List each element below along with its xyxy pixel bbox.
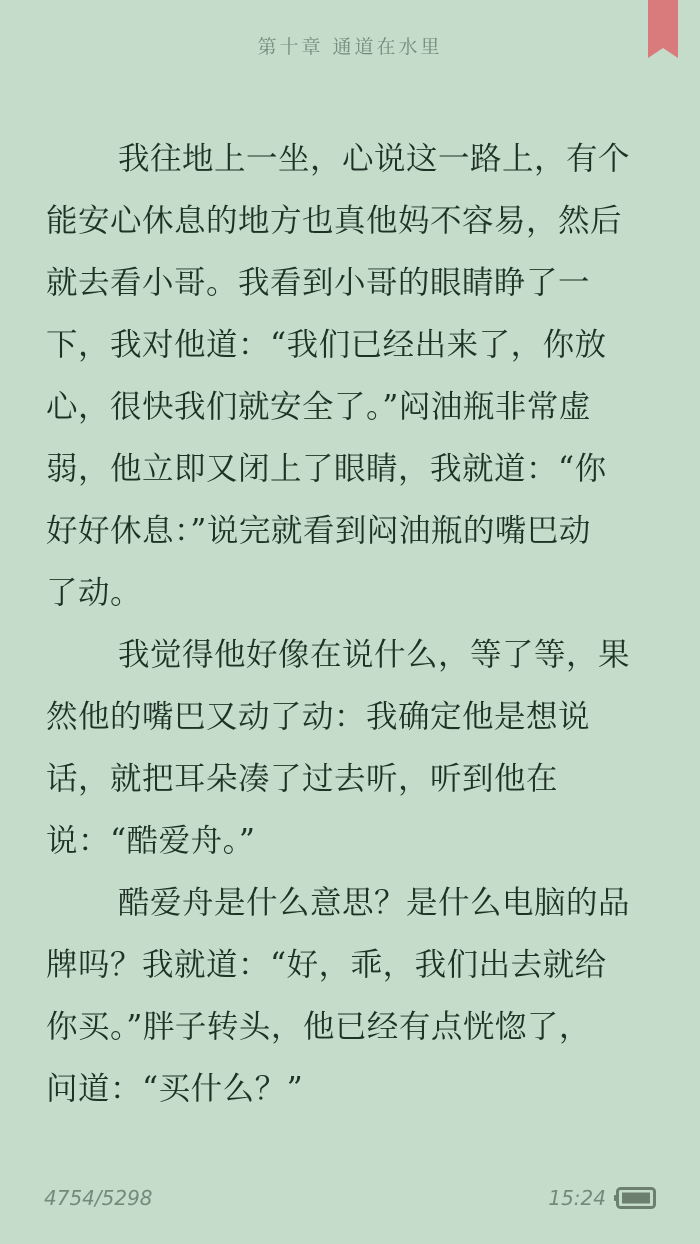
bookmark-ribbon-icon [648, 0, 678, 58]
reader-content[interactable]: 我往地上一坐，心说这一路上，有个 能安心休息的地方也真他妈不容易，然后 就去看小… [46, 128, 658, 1120]
text-line: 然他的嘴巴又动了动：我确定他是想说 [46, 686, 658, 748]
paragraph-2: 我觉得他好像在说什么，等了等，果 然他的嘴巴又动了动：我确定他是想说 话，就把耳… [46, 624, 658, 872]
text-line: 牌吗？我就道：“好，乖，我们出去就给 [46, 934, 658, 996]
text-line: 心，很快我们就安全了。”闷油瓶非常虚 [46, 376, 658, 438]
text-line: 我往地上一坐，心说这一路上，有个 [46, 128, 658, 190]
text-line: 好好休息：”说完就看到闷油瓶的嘴巴动 [46, 500, 658, 562]
text-line: 酷爱舟是什么意思？是什么电脑的品 [46, 872, 658, 934]
bookmark-button[interactable] [648, 0, 678, 58]
text-line: 下，我对他道：“我们已经出来了，你放 [46, 314, 658, 376]
text-line: 我觉得他好像在说什么，等了等，果 [46, 624, 658, 686]
chapter-title: 第十章 通道在水里 [0, 32, 700, 59]
page-progress: 4754/5298 [44, 1186, 153, 1210]
text-line: 问道：“买什么？” [46, 1058, 658, 1120]
text-line: 能安心休息的地方也真他妈不容易，然后 [46, 190, 658, 252]
text-line: 了动。 [46, 562, 658, 624]
paragraph-1: 我往地上一坐，心说这一路上，有个 能安心休息的地方也真他妈不容易，然后 就去看小… [46, 128, 658, 624]
battery-icon [614, 1187, 656, 1209]
paragraph-3: 酷爱舟是什么意思？是什么电脑的品 牌吗？我就道：“好，乖，我们出去就给 你买。”… [46, 872, 658, 1120]
text-line: 话，就把耳朵凑了过去听，听到他在 [46, 748, 658, 810]
text-line: 说：“酷爱舟。” [46, 810, 658, 872]
text-line: 就去看小哥。我看到小哥的眼睛睁了一 [46, 252, 658, 314]
text-line: 弱，他立即又闭上了眼睛，我就道：“你 [46, 438, 658, 500]
status-area: 15:24 [548, 1186, 656, 1210]
text-line: 你买。”胖子转头，他已经有点恍惚了， [46, 996, 658, 1058]
clock: 15:24 [548, 1186, 606, 1210]
